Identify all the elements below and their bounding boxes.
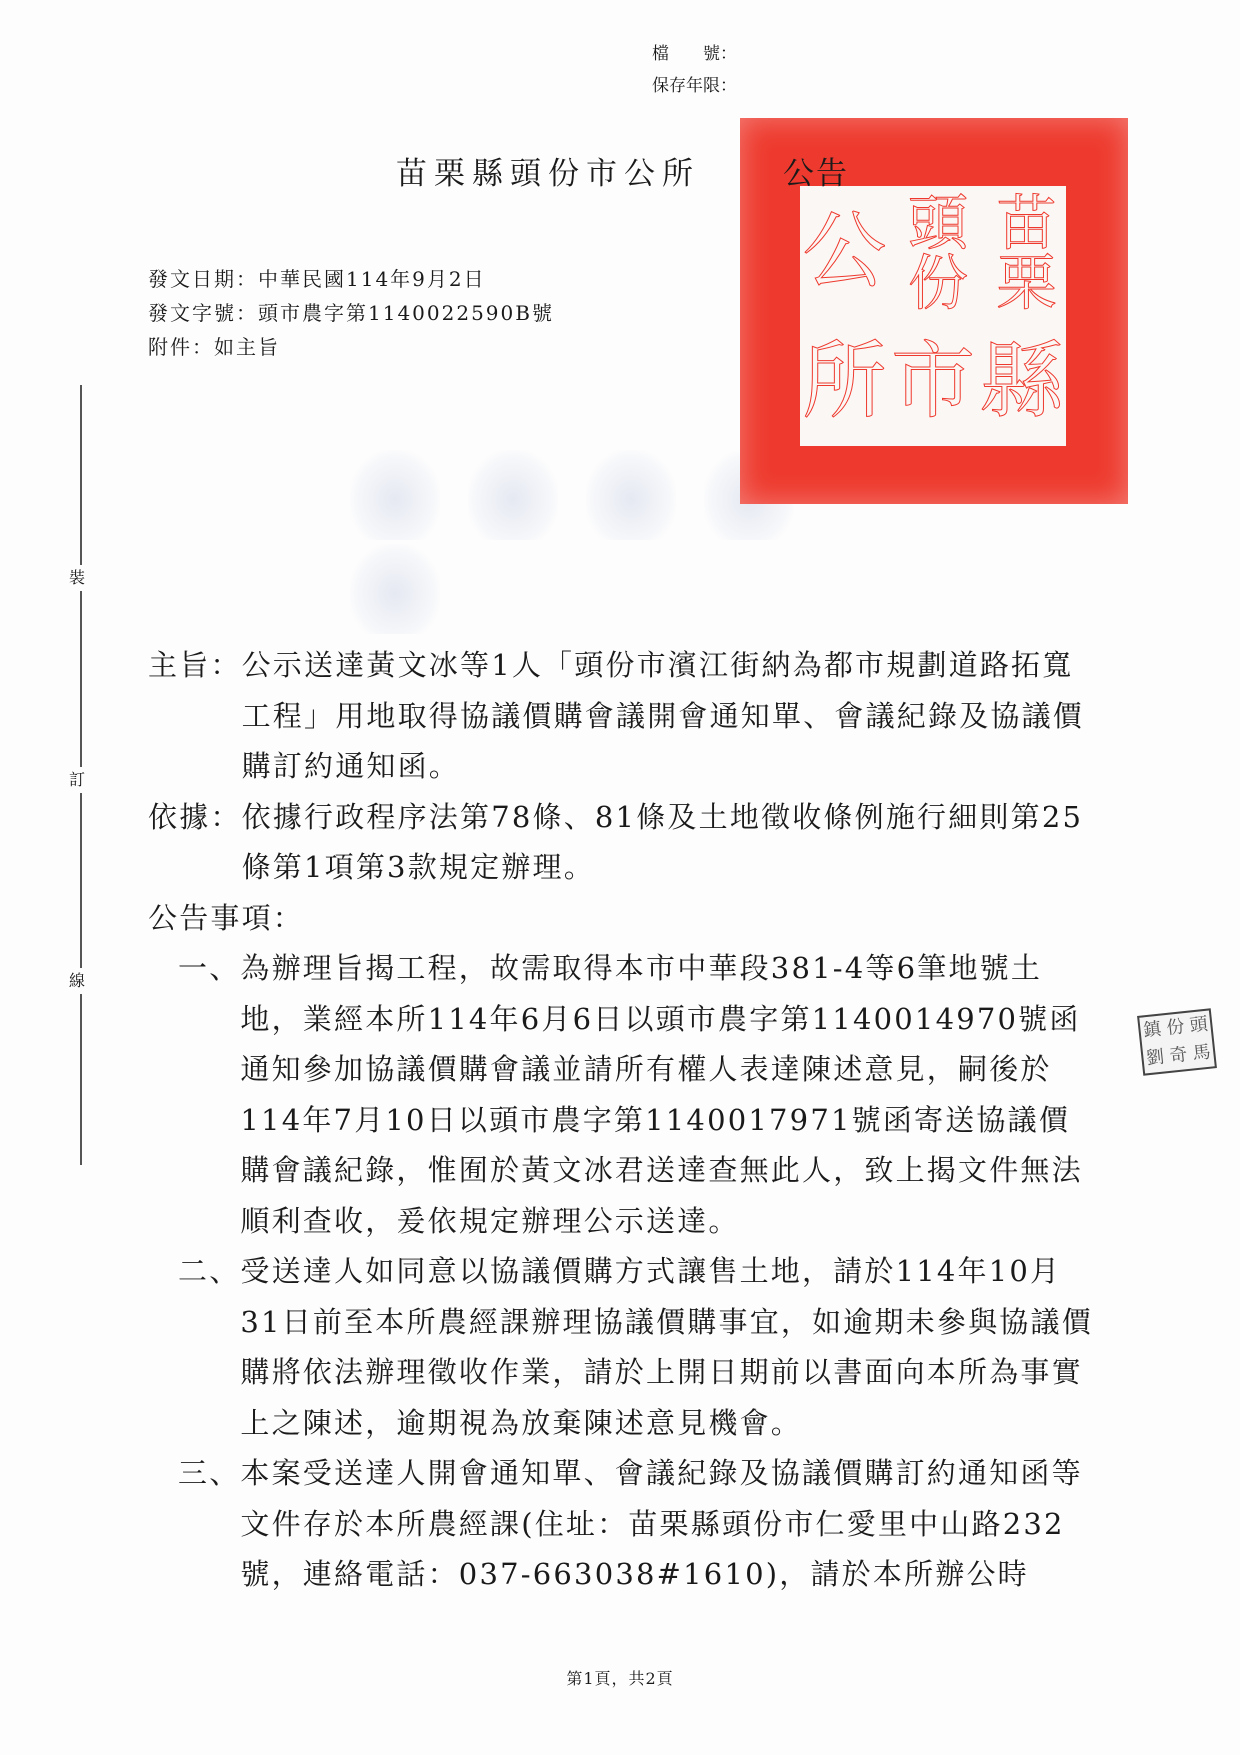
announcement-item: 一、 為辦理旨揭工程，故需取得本市中華段381-4等6筆地號土地，業經本所114… (148, 943, 1098, 1246)
doc-number-value: 頭市農字第1140022590B號 (258, 301, 554, 325)
item-number: 三、 (178, 1448, 240, 1600)
announcement-item: 三、 本案受送達人開會通知單、會議紀錄及協議價購訂約通知函等文件存於本所農經課(… (148, 1448, 1098, 1600)
retention-label: 保存年限： (652, 70, 737, 102)
faded-glyph (350, 544, 440, 634)
subject-text: 公示送達黃文冰等1人「頭份市濱江街納為都市規劃道路拓寬工程」用地取得協議價購會議… (242, 640, 1098, 792)
personal-seal-stamp: 頭 馬 份 奇 鎮 劉 (1137, 1008, 1217, 1075)
item-text: 為辦理旨揭工程，故需取得本市中華段381-4等6筆地號土地，業經本所114年6月… (240, 943, 1098, 1246)
item-text: 受送達人如同意以協議價購方式讓售土地，請於114年10月31日前至本所農經課辦理… (240, 1246, 1098, 1448)
seal-char: 縣 (977, 316, 1066, 446)
faded-glyph (468, 450, 558, 540)
item-number: 一、 (178, 943, 240, 1246)
seal-character-grid: 苗栗 縣 頭份 市 公 所 (800, 186, 1066, 446)
subject-label: 主旨： (148, 640, 242, 792)
seal-char: 苗栗 (977, 186, 1066, 316)
document-type: 公告 (783, 148, 849, 193)
item-text: 本案受送達人開會通知單、會議紀錄及協議價購訂約通知函等文件存於本所農經課(住址：… (240, 1448, 1098, 1600)
seal-char: 奇 (1165, 1041, 1191, 1071)
basis-label: 依據： (148, 792, 242, 893)
document-page: 檔 號： 保存年限： 苗栗縣頭份市公所 公告 苗栗 縣 頭份 市 公 所 發文日… (0, 0, 1240, 1755)
items-heading: 公告事項： (148, 893, 1098, 944)
seal-char: 頭份 (889, 186, 978, 316)
attachment-value: 如主旨 (214, 335, 280, 359)
binding-label: 訂 (69, 767, 85, 793)
doc-number-row: 發文字號：頭市農字第1140022590B號 (148, 296, 554, 330)
basis-text: 依據行政程序法第78條、81條及土地徵收條例施行細則第25條第1項第3款規定辦理… (242, 792, 1098, 893)
issue-date-value: 中華民國114年9月2日 (258, 267, 486, 291)
issuer-title: 苗栗縣頭份市公所 (396, 148, 700, 193)
seal-char: 公 (800, 186, 889, 316)
doc-number-label: 發文字號： (148, 301, 258, 325)
binding-label: 線 (69, 968, 85, 994)
faded-glyph (586, 450, 676, 540)
faded-glyph (350, 450, 440, 540)
issue-date-label: 發文日期： (148, 267, 258, 291)
seal-char: 市 (889, 316, 978, 446)
seal-char: 所 (800, 316, 889, 446)
basis-section: 依據： 依據行政程序法第78條、81條及土地徵收條例施行細則第25條第1項第3款… (148, 792, 1098, 893)
binding-label: 裝 (69, 565, 85, 591)
seal-char: 劉 (1142, 1043, 1168, 1073)
page-indicator: 第1頁，共2頁 (0, 1666, 1240, 1689)
seal-char: 鎮 (1139, 1015, 1165, 1045)
subject-section: 主旨： 公示送達黃文冰等1人「頭份市濱江街納為都市規劃道路拓寬工程」用地取得協議… (148, 640, 1098, 792)
announcement-item: 二、 受送達人如同意以協議價購方式讓售土地，請於114年10月31日前至本所農經… (148, 1246, 1098, 1448)
seal-char: 頭 (1186, 1010, 1212, 1040)
seal-char: 份 (1162, 1013, 1188, 1043)
filing-meta: 檔 號： 保存年限： (652, 38, 737, 102)
announcement-body: 主旨： 公示送達黃文冰等1人「頭份市濱江街納為都市規劃道路拓寬工程」用地取得協議… (148, 640, 1098, 1600)
issue-date-row: 發文日期：中華民國114年9月2日 (148, 262, 554, 296)
attachment-label: 附件： (148, 335, 214, 359)
file-number-label: 檔 號： (652, 38, 737, 70)
document-header-info: 發文日期：中華民國114年9月2日 發文字號：頭市農字第1140022590B號… (148, 262, 554, 364)
seal-char: 馬 (1189, 1038, 1215, 1068)
item-number: 二、 (178, 1246, 240, 1448)
attachment-row: 附件：如主旨 (148, 330, 554, 364)
